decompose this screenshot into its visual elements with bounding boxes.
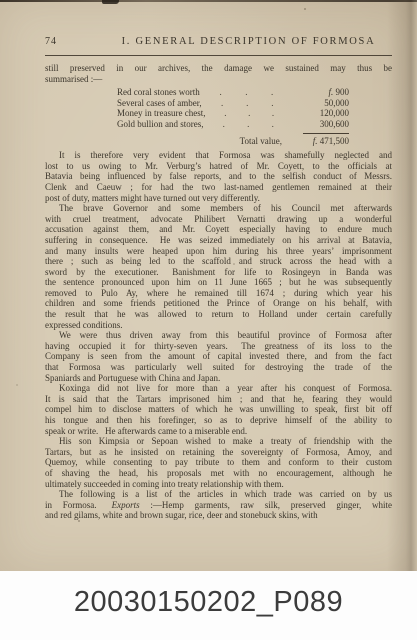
table-row: Red coral stones worth...f. 900 — [117, 87, 349, 98]
text-line: with cruel treatment, advocate Philibert… — [45, 214, 392, 225]
text-line: It is therefore very evident that Formos… — [45, 150, 392, 161]
damage-summary-table: Red coral stones worth...f. 900Several c… — [117, 87, 349, 146]
dot-leader: ... — [205, 108, 293, 119]
text-line: His son Kimpsia or Sepoan wished to make… — [45, 436, 392, 447]
table-row: Several cases of amber,...50,000 — [117, 98, 349, 109]
row-label: Red coral stones worth — [117, 87, 200, 98]
text-line: Koxinga did not live for more than a yea… — [45, 383, 392, 394]
scanned-book-page: 74 I. GENERAL DESCRIPTION OF FORMOSA sti… — [0, 0, 417, 640]
running-title: I. GENERAL DESCRIPTION OF FORMOSA — [105, 36, 392, 47]
text-line: accusation against them, and Mr. Coyett … — [45, 224, 392, 235]
body-text: still preserved in our archives, the dam… — [45, 63, 392, 521]
intro-paragraph: still preserved in our archives, the dam… — [45, 63, 392, 84]
total-rule — [303, 133, 349, 134]
text-line: and many insults were heaped upon him du… — [45, 246, 392, 257]
row-value: 50,000 — [293, 98, 349, 109]
paper-speck — [304, 8, 306, 10]
table-row: Money in treasure chest,...120,000 — [117, 108, 349, 119]
text-line: removed to Pulo Ay, where he remained ti… — [45, 288, 392, 299]
running-header: 74 I. GENERAL DESCRIPTION OF FORMOSA — [45, 36, 392, 51]
watermark-band: 20030150202_P089 — [0, 571, 417, 640]
paragraphs: It is therefore very evident that Formos… — [45, 150, 392, 521]
text-line: post of duty, matters might have turned … — [45, 193, 392, 204]
table-row: Gold bullion and stores,...300,600 — [117, 119, 349, 130]
text-line: Company is seen from the amount of capit… — [45, 351, 392, 362]
text-block: 74 I. GENERAL DESCRIPTION OF FORMOSA sti… — [45, 36, 392, 521]
dot-leader: ... — [204, 119, 294, 130]
text-line: We were thus driven away from this beaut… — [45, 330, 392, 341]
table-rows: Red coral stones worth...f. 900Several c… — [117, 87, 349, 129]
dot-leader: ... — [200, 87, 293, 98]
row-value: f. 900 — [293, 87, 349, 98]
row-label: Gold bullion and stores, — [117, 119, 204, 130]
text-line: It is said that the Tartars imprisoned h… — [45, 394, 392, 405]
row-value: 300,600 — [293, 119, 349, 130]
text-line: having occupied it for thirty-seven year… — [45, 341, 392, 352]
page-number: 74 — [45, 36, 105, 47]
text-line: still preserved in our archives, the dam… — [45, 63, 392, 74]
text-line: the sentence pronounced upon him on 11 J… — [45, 277, 392, 288]
row-value: 120,000 — [293, 108, 349, 119]
paper-surface: 74 I. GENERAL DESCRIPTION OF FORMOSA sti… — [0, 0, 417, 571]
paragraph: It is therefore very evident that Formos… — [45, 150, 392, 203]
text-line: suffering in consequence. He was seized … — [45, 235, 392, 246]
text-line: there ; such as being led to the scaffol… — [45, 256, 392, 267]
text-line: in Formosa. Exports :—Hemp garments, raw… — [45, 500, 392, 511]
text-line: and red gilams, white and brown sugar, r… — [45, 510, 392, 521]
total-row: Total value, f. 471,500 — [117, 136, 349, 147]
text-line: Batavia being influenced by false report… — [45, 171, 392, 182]
text-line: summarised :— — [45, 74, 392, 85]
text-line: his tongue and then his forefinger, so a… — [45, 415, 392, 426]
text-line: ultimately succeeded in coming into trea… — [45, 479, 392, 490]
text-line: The brave Governor and some members of h… — [45, 203, 392, 214]
text-line: children and some friends petitioned the… — [45, 298, 392, 309]
text-line: Quemoy, while consenting to pay tribute … — [45, 457, 392, 468]
paragraph: Koxinga did not live for more than a yea… — [45, 383, 392, 436]
text-line: that Formosa was particularly well suite… — [45, 362, 392, 373]
paragraph: The brave Governor and some members of h… — [45, 203, 392, 330]
text-line: Tartars, but as he insisted on retaining… — [45, 447, 392, 458]
paper-speck — [16, 384, 18, 386]
text-line: compel him to disclose matters of which … — [45, 404, 392, 415]
text-line: the result that he was allowed to return… — [45, 309, 392, 320]
header-rule — [45, 55, 392, 56]
row-label: Money in treasure chest, — [117, 108, 205, 119]
paragraph: We were thus driven away from this beaut… — [45, 330, 392, 383]
paragraph: His son Kimpsia or Sepoan wished to make… — [45, 436, 392, 489]
scan-edge-mark — [102, 0, 119, 4]
text-line: Clenk and Caeuw ; for had the two last-n… — [45, 182, 392, 193]
paragraph: The following is a list of the articles … — [45, 489, 392, 521]
scan-top-edge — [0, 0, 417, 2]
text-line: of shaving the head, his proposals met w… — [45, 468, 392, 479]
watermark-text: 20030150202_P089 — [74, 586, 343, 619]
total-value: f. 471,500 — [297, 136, 349, 147]
text-line: The following is a list of the articles … — [45, 489, 392, 500]
row-label: Several cases of amber, — [117, 98, 202, 109]
text-line: Spaniards and Portuguese with China and … — [45, 373, 392, 384]
text-line: speak or write. He afterwards came to a … — [45, 426, 392, 437]
total-label: Total value, — [240, 136, 282, 147]
text-line: lost to us owing to Mr. Verburg’s hatred… — [45, 161, 392, 172]
text-line: sword by the executioner. Banishment for… — [45, 267, 392, 278]
dot-leader: ... — [202, 98, 293, 109]
text-line: expressed conditions. — [45, 320, 392, 331]
